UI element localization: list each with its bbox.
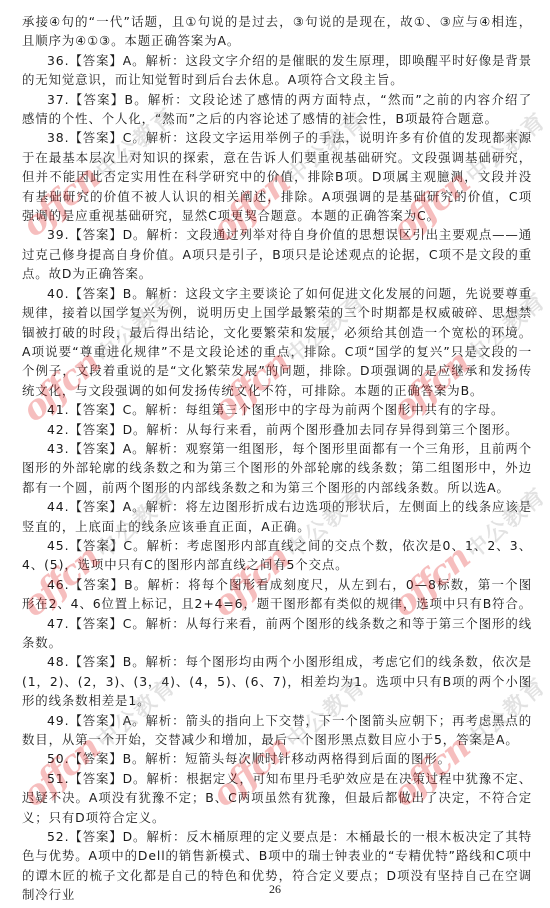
paragraph-continuation: 承接④句的“一代”话题，且①句说的是过去，③句说的是现在，故①、③应与④相连，且… <box>22 12 532 51</box>
document-page: 承接④句的“一代”话题，且①句说的是过去，③句说的是现在，故①、③应与④相连，且… <box>22 12 532 905</box>
answer-48: 48.【答案】B。解析：每个图形均由两个小图形组成，考虑它们的线条数，依次是(1… <box>22 652 532 710</box>
answer-37: 37.【答案】B。解析：文段论述了感情的两方面特点，“然而”之前的内容介绍了感情… <box>22 90 532 129</box>
answer-49: 49.【答案】A。解析：箭头的指向上下交替，下一个图箭头应朝下；再考虑黑点的数目… <box>22 711 532 750</box>
answer-40: 40.【答案】B。解析：这段文字主要谈论了如何促进文化发展的问题，先说要尊重规律… <box>22 284 532 400</box>
answer-51: 51.【答案】D。解析：根据定义，可知布里丹毛驴效应是在决策过程中犹豫不定、迟疑… <box>22 769 532 827</box>
answer-39: 39.【答案】D。解析：文段通过列举对待自身价值的思想误区引出主要观点——通过克… <box>22 225 532 283</box>
answer-45: 45.【答案】C。解析：考虑图形内部直线之间的交点个数，依次是0、1、2、3、4… <box>22 536 532 575</box>
answer-38: 38.【答案】C。解析：这段文字运用举例子的手法，说明许多有价值的发现都来源于在… <box>22 128 532 225</box>
answer-42: 42.【答案】D。解析：从每行来看，前两个图形叠加去同存异得到第三个图形。 <box>22 420 532 439</box>
answer-46: 46.【答案】B。解析：将每个图形看成刻度尺，从左到右，0—8标数，第一个图形在… <box>22 575 532 614</box>
answer-36: 36.【答案】A。解析：这段文字介绍的是催眠的发生原理，即唤醒平时好像是背景的无… <box>22 51 532 90</box>
answer-43: 43.【答案】A。解析：观察第一组图形，每个图形里面都有一个三角形，且前两个图形… <box>22 439 532 497</box>
answer-41: 41.【答案】C。解析：每组第三个图形中的字母为前两个图形中共有的字母。 <box>22 400 532 419</box>
answer-47: 47.【答案】C。解析：从每行来看，前两个图形的线条数之和等于第三个图形的线条数… <box>22 614 532 653</box>
answer-50: 50.【答案】B。解析：短箭头每次顺时针移动两格得到后面的图形。 <box>22 749 532 768</box>
page-number: 26 <box>0 882 550 897</box>
answer-44: 44.【答案】A。解析：将左边图形折成右边选项的形状后，左侧面上的线条应该是竖直… <box>22 497 532 536</box>
